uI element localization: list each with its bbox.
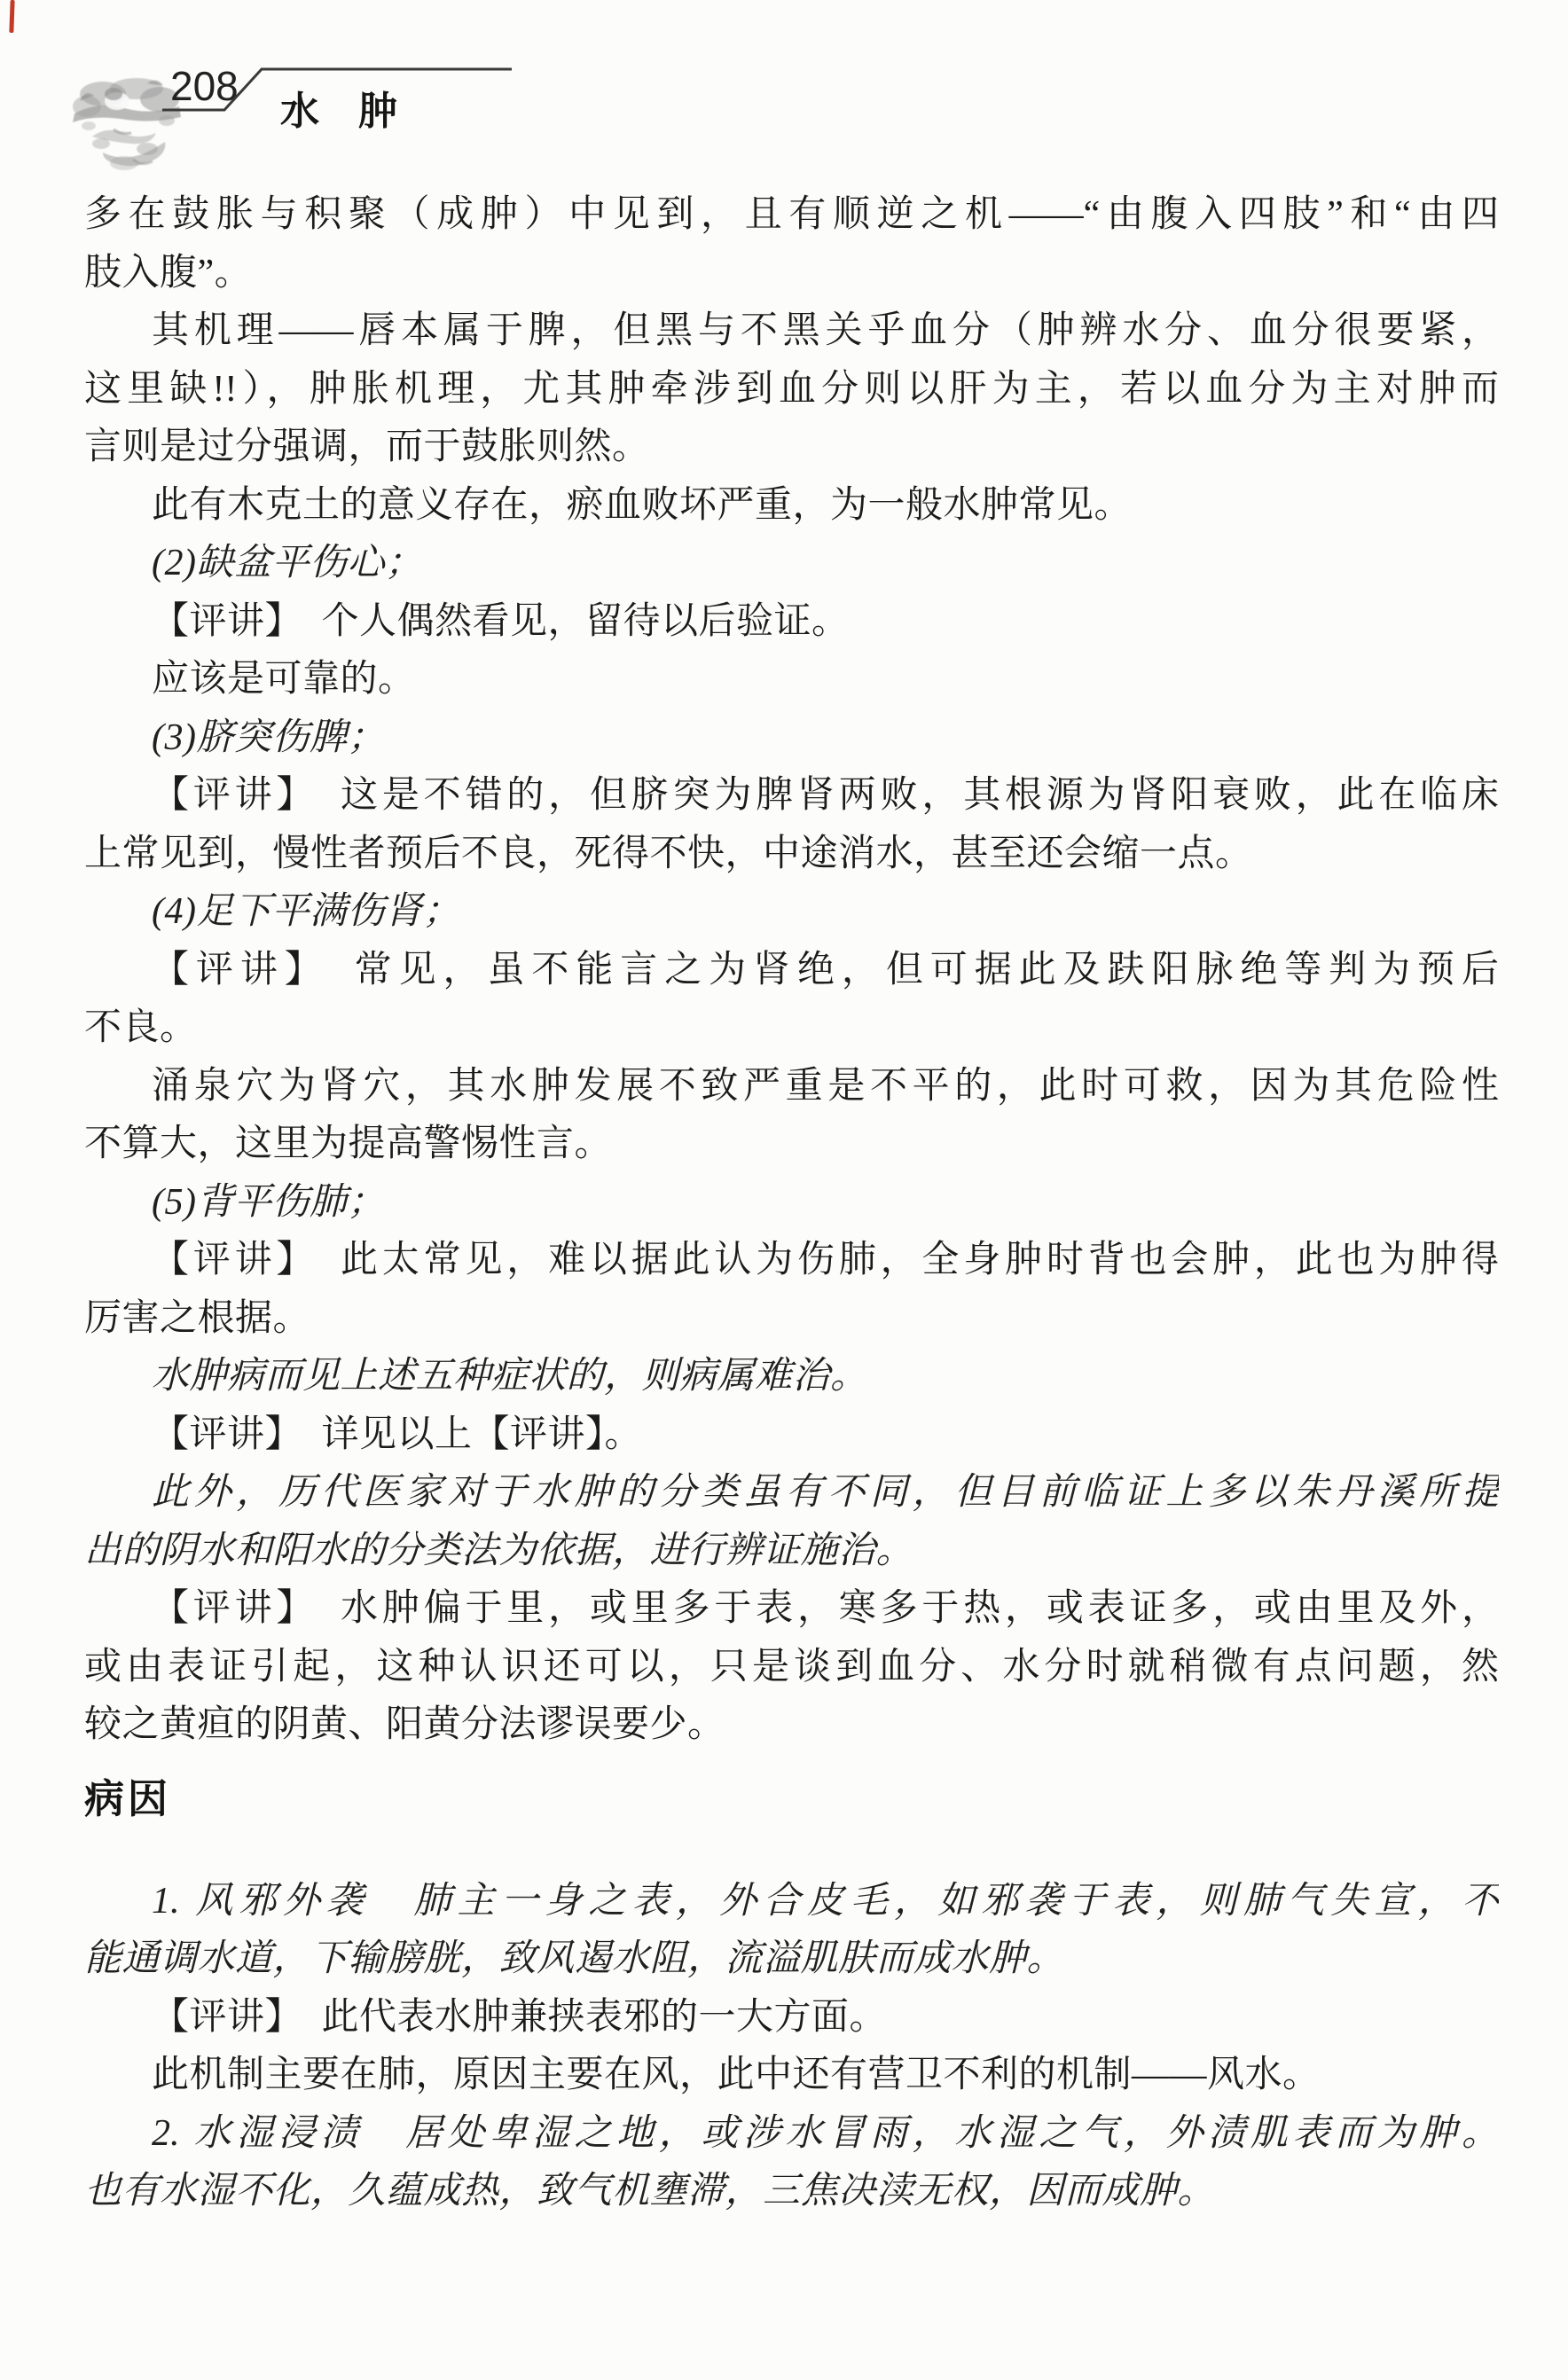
text-line: (4)足下平满伤肾； — [84, 883, 1499, 942]
text-line: 不算大，这里为提高警惕性言。 — [84, 1116, 1499, 1174]
text-line: 言则是过分强调，而于鼓胀则然。 — [84, 419, 1499, 477]
text-line: 【评讲】 水肿偏于里，或里多于表，寒多于热，或表证多，或由里及外， — [84, 1580, 1499, 1639]
text-line: 应该是可靠的。 — [84, 651, 1499, 709]
text-line: 厉害之根据。 — [84, 1290, 1499, 1349]
text-line: 2. 水湿浸渍 居处卑湿之地，或涉水冒雨，水湿之气，外渍肌表而为肿。 — [84, 2105, 1499, 2164]
text-line: 出的阴水和阳水的分类法为依据，进行辨证施治。 — [84, 1523, 1499, 1581]
text-line: 此外，历代医家对于水肿的分类虽有不同，但目前临证上多以朱丹溪所提 — [84, 1464, 1499, 1523]
text-line: 较之黄疸的阴黄、阳黄分法谬误要少。 — [84, 1696, 1499, 1755]
text-line: 【评讲】 此太常见，难以据此认为伤肺，全身肿时背也会肿，此也为肿得 — [84, 1232, 1499, 1290]
text-line: 此机制主要在肺，原因主要在风，此中还有营卫不利的机制——风水。 — [84, 2047, 1499, 2105]
text-line: 此有木克土的意义存在，瘀血败坏严重，为一般水肿常见。 — [84, 477, 1499, 536]
red-pen-mark — [9, 0, 14, 33]
text-line: 【评讲】 常见，虽不能言之为肾绝，但可据此及趺阳脉绝等判为预后 — [84, 942, 1499, 1000]
text-line: (3)脐突伤脾； — [84, 709, 1499, 768]
text-line: 也有水湿不化，久蕴成热，致气机壅滞，三焦决渎无权，因而成肿。 — [84, 2163, 1499, 2221]
section-heading: 病因 — [84, 1755, 1499, 1873]
text-line: 水肿病而见上述五种症状的，则病属难治。 — [84, 1348, 1499, 1406]
text-line: 1. 风邪外袭 肺主一身之表，外合皮毛，如邪袭于表，则肺气失宣，不 — [84, 1873, 1499, 1931]
text-line: 或由表证引起，这种认识还可以，只是谈到血分、水分时就稍微有点问题，然 — [84, 1639, 1499, 1697]
text-line: 其机理——唇本属于脾，但黑与不黑关乎血分（肿辨水分、血分很要紧， — [84, 302, 1499, 361]
page-title: 水 肿 — [280, 90, 397, 133]
scanned-book-page: 208 水 肿 多在鼓胀与积聚（成肿）中见到，且有顺逆之机——“由腹入四肢”和“… — [0, 0, 1568, 2380]
text-line: 上常见到，慢性者预后不良，死得不快，中途消水，甚至还会缩一点。 — [84, 826, 1499, 884]
text-line: (2)缺盆平伤心； — [84, 535, 1499, 593]
text-line: 多在鼓胀与积聚（成肿）中见到，且有顺逆之机——“由腹入四肢”和“由四 — [84, 186, 1499, 245]
text-line: 【评讲】 详见以上【评讲】。 — [84, 1406, 1499, 1465]
text-line: 【评讲】 此代表水肿兼挟表邪的一大方面。 — [84, 1989, 1499, 2047]
text-line: 能通调水道，下输膀胱，致风遏水阻，流溢肌肤而成水肿。 — [84, 1930, 1499, 1989]
text-line: 【评讲】 这是不错的，但脐突为脾肾两败，其根源为肾阳衰败，此在临床 — [84, 767, 1499, 826]
text-line: 【评讲】 个人偶然看见，留待以后验证。 — [84, 593, 1499, 652]
text-line: 肢入腹”。 — [84, 245, 1499, 303]
page-body: 多在鼓胀与积聚（成肿）中见到，且有顺逆之机——“由腹入四肢”和“由四肢入腹”。其… — [84, 186, 1499, 2221]
text-line: 这里缺!!），肿胀机理，尤其肿牵涉到血分则以肝为主，若以血分为主对肿而 — [84, 361, 1499, 419]
text-line: 不良。 — [84, 999, 1499, 1058]
text-line: 涌泉穴为肾穴，其水肿发展不致严重是不平的，此时可救，因为其危险性 — [84, 1058, 1499, 1116]
text-line: (5)背平伤肺； — [84, 1174, 1499, 1233]
